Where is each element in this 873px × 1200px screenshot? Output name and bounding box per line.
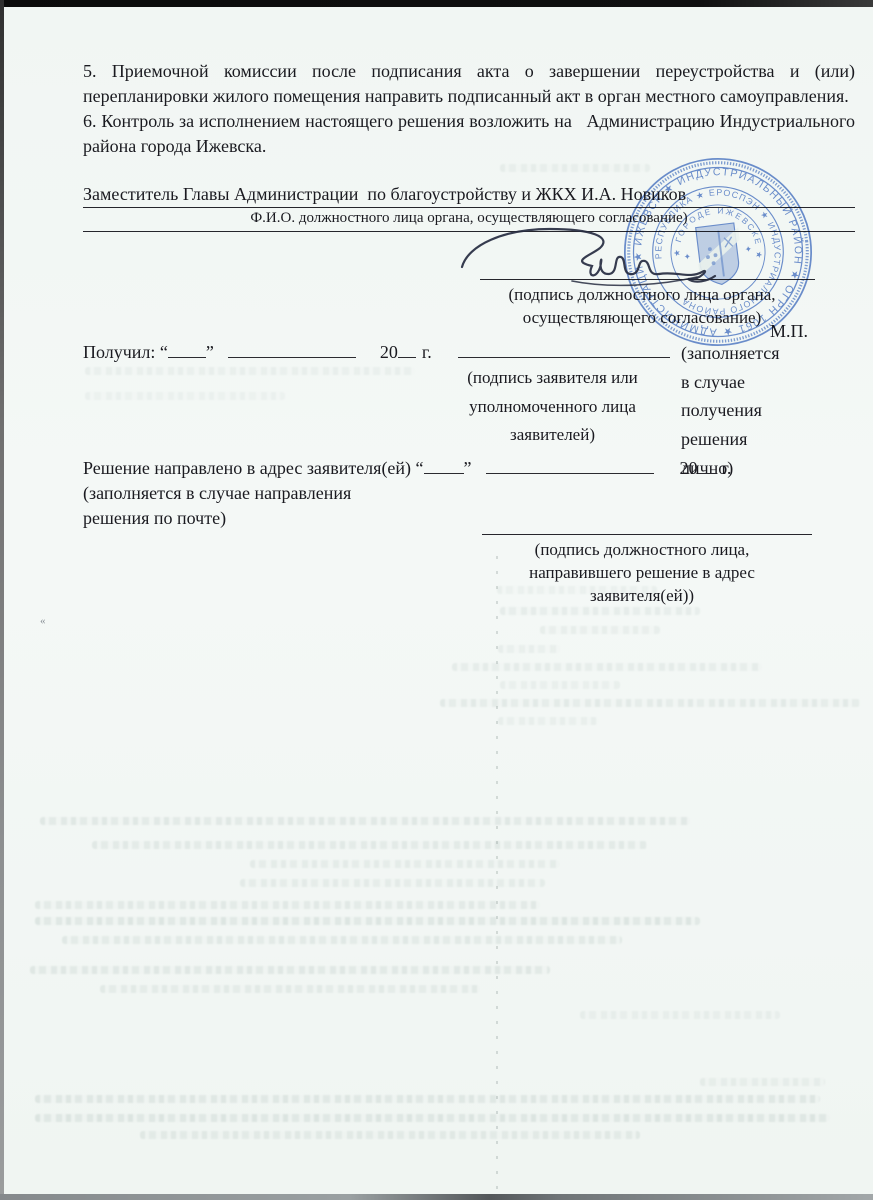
decision-paragraphs: 5. Приемочной комиссии после подписания … bbox=[83, 59, 855, 159]
year-blank-field bbox=[698, 459, 716, 474]
bleed-through-line bbox=[35, 917, 700, 925]
sender-signature-line bbox=[482, 534, 812, 535]
bleed-through-line bbox=[85, 392, 285, 400]
received-label: Получил: “ bbox=[83, 342, 168, 362]
day-blank-field bbox=[424, 459, 464, 474]
bleed-through-line bbox=[35, 1095, 820, 1103]
year-suffix: г. bbox=[722, 458, 732, 478]
bleed-through-line bbox=[700, 1078, 825, 1086]
stamp-star-right: ✦ bbox=[744, 244, 753, 255]
bleed-through-line bbox=[35, 1114, 830, 1122]
bleed-through-line bbox=[240, 879, 545, 887]
quote-close: ” bbox=[464, 458, 472, 478]
month-blank-field bbox=[228, 343, 356, 358]
bleed-through-line bbox=[250, 860, 560, 868]
paragraph-5: 5. Приемочной комиссии после подписания … bbox=[83, 59, 855, 109]
year-suffix: г. bbox=[422, 342, 432, 362]
note-line: получения bbox=[681, 396, 821, 425]
sent-block: Решение направлено в адрес заявителя(ей)… bbox=[83, 456, 783, 531]
caption-line: (подпись должностного лица, bbox=[462, 538, 822, 561]
fold-crease bbox=[496, 556, 498, 1196]
bleed-through-line bbox=[140, 1131, 640, 1139]
paragraph-6: 6. Контроль за исполнением настоящего ре… bbox=[83, 109, 855, 159]
bleed-through-line bbox=[540, 626, 660, 634]
month-blank-field bbox=[486, 459, 654, 474]
scan-speck: « bbox=[40, 615, 46, 627]
applicant-signature-caption: (подпись заявителя или уполномоченного л… bbox=[450, 364, 655, 450]
note-line: решения bbox=[681, 425, 821, 454]
note-line: в случае bbox=[681, 368, 821, 397]
caption-line: направившего решение в адрес bbox=[462, 561, 822, 584]
bleed-through-line bbox=[85, 367, 415, 375]
year-blank-field bbox=[398, 343, 416, 358]
signature-ink-icon bbox=[452, 221, 727, 291]
day-blank-field bbox=[168, 343, 206, 358]
bleed-through-line bbox=[100, 985, 480, 993]
caption-line: (подпись заявителя или bbox=[450, 364, 655, 393]
signatory-text: Заместитель Главы Администрации по благо… bbox=[83, 184, 686, 204]
bleed-through-line bbox=[580, 1011, 780, 1019]
bleed-through-line bbox=[40, 817, 690, 825]
received-row: Получил: “”20г. bbox=[83, 342, 670, 363]
year-prefix: 20 bbox=[380, 342, 398, 362]
bleed-through-line bbox=[498, 717, 598, 725]
bleed-through-line bbox=[498, 645, 560, 653]
bleed-through-line bbox=[500, 607, 700, 615]
bleed-through-line bbox=[30, 966, 550, 974]
quote-close: ” bbox=[206, 342, 214, 362]
caption-line: заявителей) bbox=[450, 421, 655, 450]
bleed-through-line bbox=[500, 681, 620, 689]
scan-edge-bottom bbox=[0, 1194, 873, 1200]
sender-signature-caption: (подпись должностного лица, направившего… bbox=[462, 538, 822, 607]
scanned-document-page: « 5. Приемочной комиссии после подписани… bbox=[0, 0, 873, 1200]
bleed-through-line bbox=[35, 901, 540, 909]
sent-row: Решение направлено в адрес заявителя(ей)… bbox=[83, 456, 783, 481]
sent-prefix: Решение направлено в адрес заявителя(ей)… bbox=[83, 458, 424, 478]
caption-line: заявителя(ей)) bbox=[462, 584, 822, 607]
year-prefix: 20 bbox=[680, 458, 698, 478]
bleed-through-line bbox=[440, 699, 860, 707]
bleed-through-line bbox=[452, 663, 762, 671]
sent-note-line: (заполняется в случае направления bbox=[83, 481, 783, 506]
scan-edge-left bbox=[0, 0, 4, 1200]
bleed-through-line bbox=[92, 841, 647, 849]
scan-edge-top bbox=[0, 0, 873, 7]
sent-note-line: решения по почте) bbox=[83, 506, 783, 531]
caption-line: уполномоченного лица bbox=[450, 393, 655, 422]
handwritten-signature bbox=[452, 221, 727, 291]
bleed-through-line bbox=[62, 936, 622, 944]
